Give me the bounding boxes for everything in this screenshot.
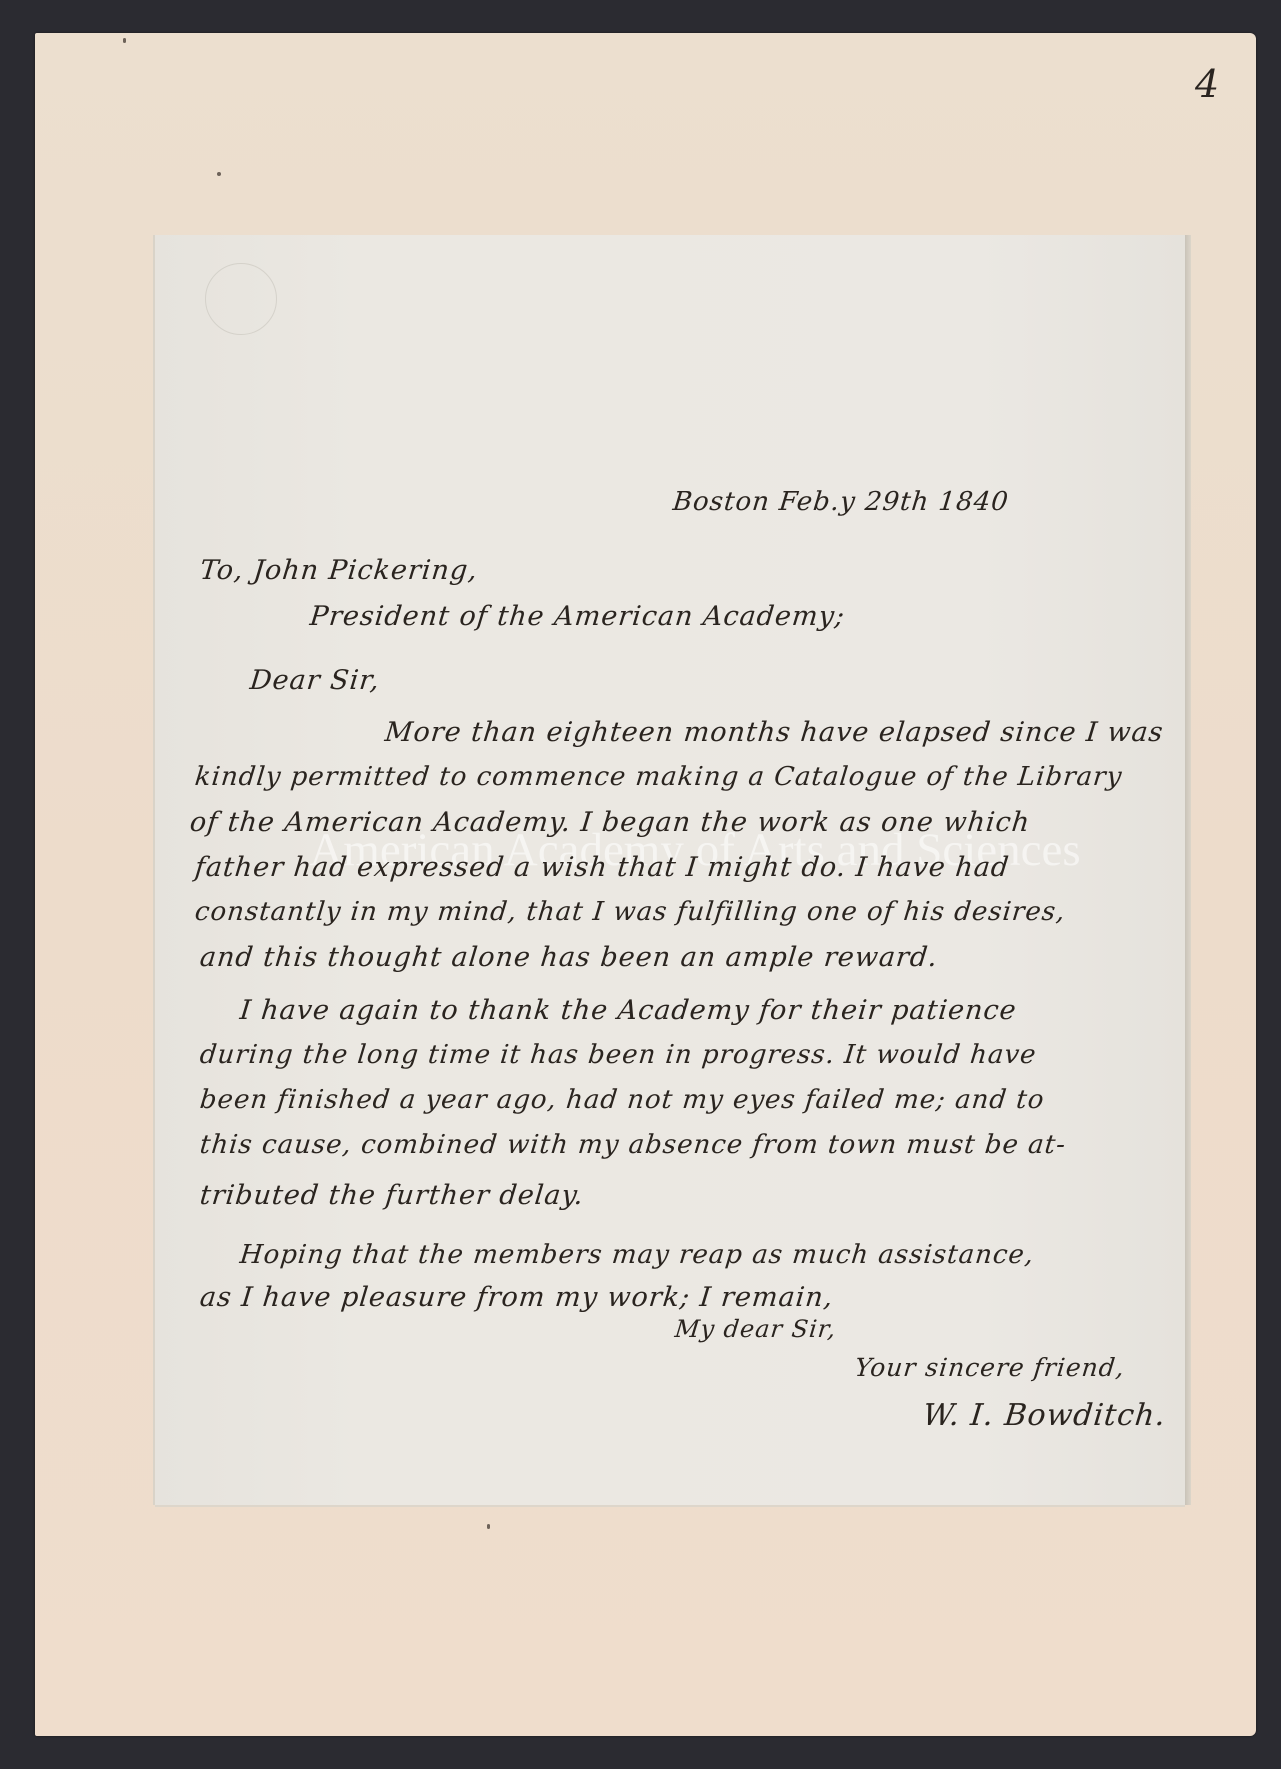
salutation: Dear Sir, xyxy=(248,665,381,696)
dateline: Boston Feb.y 29th 1840 xyxy=(671,487,1010,517)
embossed-seal xyxy=(205,263,277,335)
body-line: been finished a year ago, had not my eye… xyxy=(198,1085,1046,1115)
body-line: this cause, combined with my absence fro… xyxy=(198,1130,1067,1160)
closing-phrase: Your sincere friend, xyxy=(853,1353,1126,1382)
sheet-edge xyxy=(1185,235,1191,1505)
body-line: tributed the further delay. xyxy=(198,1180,585,1211)
addressee-name: To, John Pickering, xyxy=(198,555,479,586)
signature: W. I. Bowditch. xyxy=(921,1398,1168,1433)
speck xyxy=(217,172,221,176)
speck xyxy=(487,1524,490,1529)
body-line: of the American Academy. I began the wor… xyxy=(188,807,1031,838)
body-line: and this thought alone has been an ample… xyxy=(198,942,939,973)
body-line: kindly permitted to commence making a Ca… xyxy=(193,762,1123,792)
speck xyxy=(123,38,126,43)
body-line: Hoping that the members may reap as much… xyxy=(238,1240,1035,1270)
letter-sheet: American Academy of Arts and Sciences Bo… xyxy=(155,235,1185,1505)
body-line: as I have pleasure from my work; I remai… xyxy=(198,1282,835,1313)
body-line: father had expressed a wish that I might… xyxy=(193,852,1011,883)
body-line: during the long time it has been in prog… xyxy=(198,1040,1038,1070)
page-number: 4 xyxy=(1195,62,1219,106)
body-line: constantly in my mind, that I was fulfil… xyxy=(193,897,1067,927)
body-line: More than eighteen months have elapsed s… xyxy=(383,717,1165,748)
addressee-title: President of the American Academy; xyxy=(308,601,846,632)
closing-salutation: My dear Sir, xyxy=(674,1315,838,1343)
body-line: I have again to thank the Academy for th… xyxy=(238,995,1018,1026)
